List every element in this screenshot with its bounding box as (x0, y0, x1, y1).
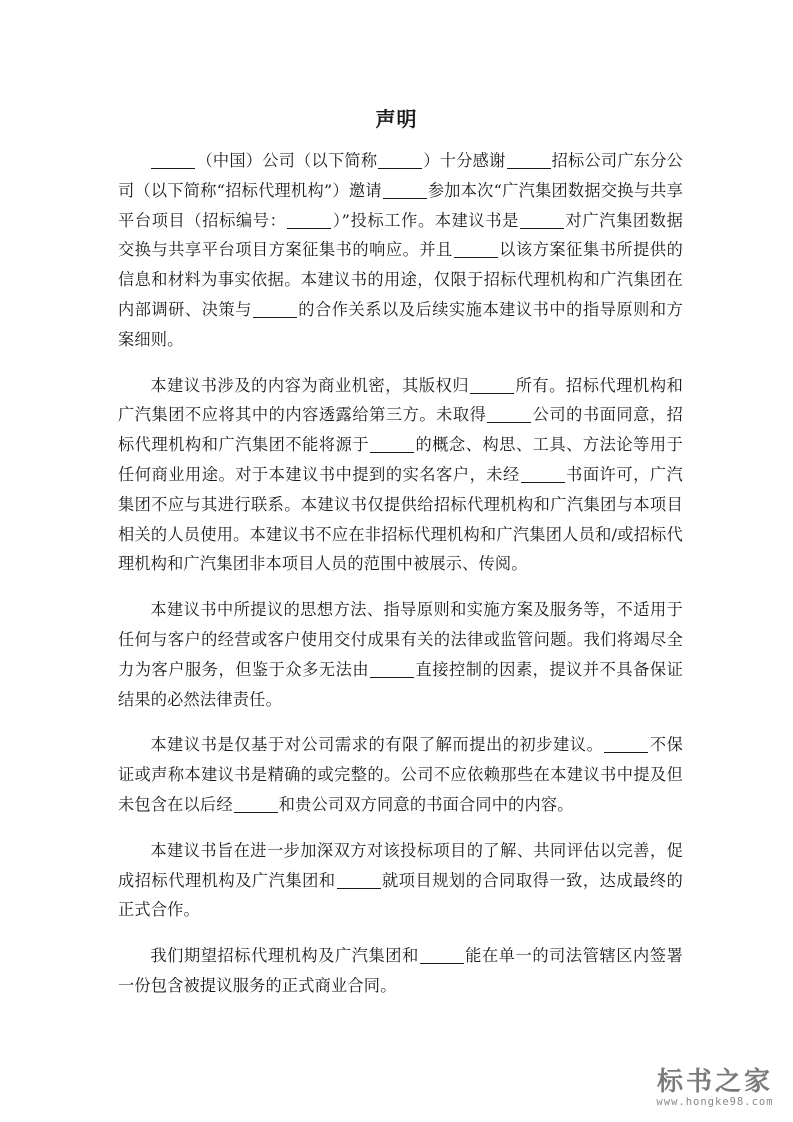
blank-field[interactable] (420, 947, 464, 964)
paragraph-liability: 本建议书中所提议的思想方法、指导原则和实施方案及服务等，不适用于任何与客户的经营… (118, 595, 683, 714)
paragraph-intro: （中国）公司（以下简称）十分感谢招标公司广东分公司（以下简称“招标代理机构”）邀… (118, 146, 683, 355)
text-segment: 本建议书是仅基于对公司需求的有限了解而提出的初步建议。 (150, 735, 603, 754)
page-title: 声明 (0, 103, 793, 132)
paragraph-preliminary: 本建议书是仅基于对公司需求的有限了解而提出的初步建议。不保证或声称本建议书是精确… (118, 730, 683, 819)
blank-field[interactable] (507, 152, 551, 169)
blank-field[interactable] (487, 406, 531, 423)
paragraph-confidentiality: 本建议书涉及的内容为商业机密，其版权归所有。招标代理机构和广汽集团不应将其中的内… (118, 371, 683, 580)
text-segment: 我们期望招标代理机构及广汽集团和 (150, 946, 418, 965)
blank-field[interactable] (521, 466, 565, 483)
text-segment: ）十分感谢 (423, 151, 505, 170)
watermark-url: www.hongke98.com (640, 1096, 790, 1108)
text-segment: （中国）公司（以下简称 (196, 151, 377, 170)
blank-field[interactable] (383, 182, 427, 199)
blank-field[interactable] (287, 211, 331, 228)
text-segment: 本建议书涉及的内容为商业机密，其版权归 (150, 376, 469, 395)
blank-field[interactable] (253, 301, 297, 318)
text-segment: ）”投标工作。本建议书是 (332, 211, 519, 230)
paragraph-purpose: 本建议书旨在进一步加深双方对该投标项目的了解、共同评估以完善，促成招标代理机构及… (118, 836, 683, 925)
blank-field[interactable] (378, 152, 422, 169)
paragraph-contract: 我们期望招标代理机构及广汽集团和能在单一的司法管辖区内签署一份包含被提议服务的正… (118, 941, 683, 1001)
blank-field[interactable] (470, 376, 514, 393)
blank-field[interactable] (151, 152, 195, 169)
watermark: 标书之家 www.hongke98.com (640, 1068, 790, 1108)
text-segment: 和贵公司双方同意的书面合同中的内容。 (279, 795, 574, 814)
blank-field[interactable] (337, 871, 381, 888)
watermark-logo: 标书之家 (640, 1068, 790, 1096)
blank-field[interactable] (454, 241, 498, 258)
document-body: （中国）公司（以下简称）十分感谢招标公司广东分公司（以下简称“招标代理机构”）邀… (118, 146, 683, 1017)
blank-field[interactable] (234, 796, 278, 813)
blank-field[interactable] (370, 436, 414, 453)
blank-field[interactable] (370, 661, 414, 678)
blank-field[interactable] (520, 211, 564, 228)
blank-field[interactable] (604, 736, 648, 753)
